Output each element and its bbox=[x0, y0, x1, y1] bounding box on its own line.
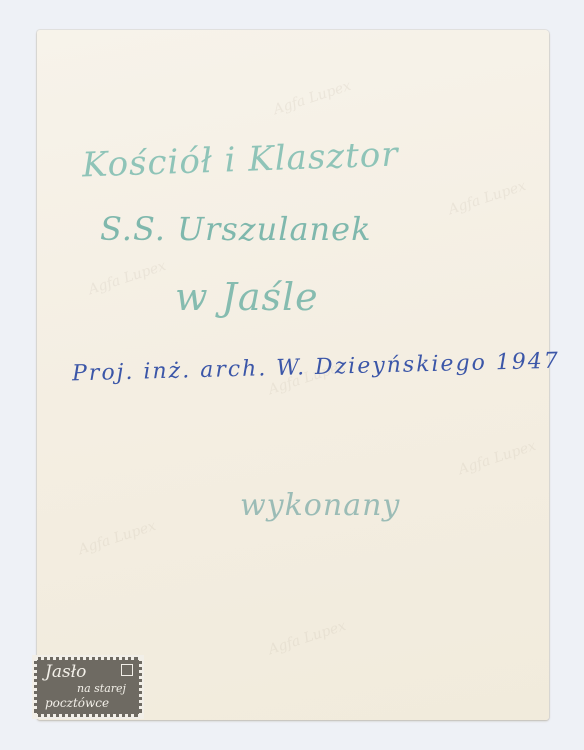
handwriting-line-2: S.S. Urszulanek bbox=[100, 210, 371, 248]
handwriting-line-1: Kościół i Klasztor bbox=[81, 134, 399, 185]
site-logo: Jasło na starej pocztówce bbox=[34, 657, 142, 717]
watermark: Agfa Lupex bbox=[446, 178, 528, 218]
watermark: Agfa Lupex bbox=[271, 78, 353, 118]
photo-card-back: Agfa Lupex Agfa Lupex Agfa Lupex Agfa Lu… bbox=[37, 30, 549, 720]
logo-subtitle: na starej bbox=[77, 682, 126, 695]
handwriting-line-5: wykonany bbox=[240, 488, 400, 523]
watermark: Agfa Lupex bbox=[76, 518, 158, 558]
logo-subtitle-2: pocztówce bbox=[45, 696, 109, 710]
handwriting-line-3: w Jaśle bbox=[175, 275, 319, 319]
watermark: Agfa Lupex bbox=[456, 438, 538, 478]
logo-title: Jasło bbox=[45, 662, 86, 682]
watermark: Agfa Lupex bbox=[266, 618, 348, 658]
stamp-icon bbox=[121, 664, 133, 676]
watermark: Agfa Lupex bbox=[86, 258, 168, 298]
